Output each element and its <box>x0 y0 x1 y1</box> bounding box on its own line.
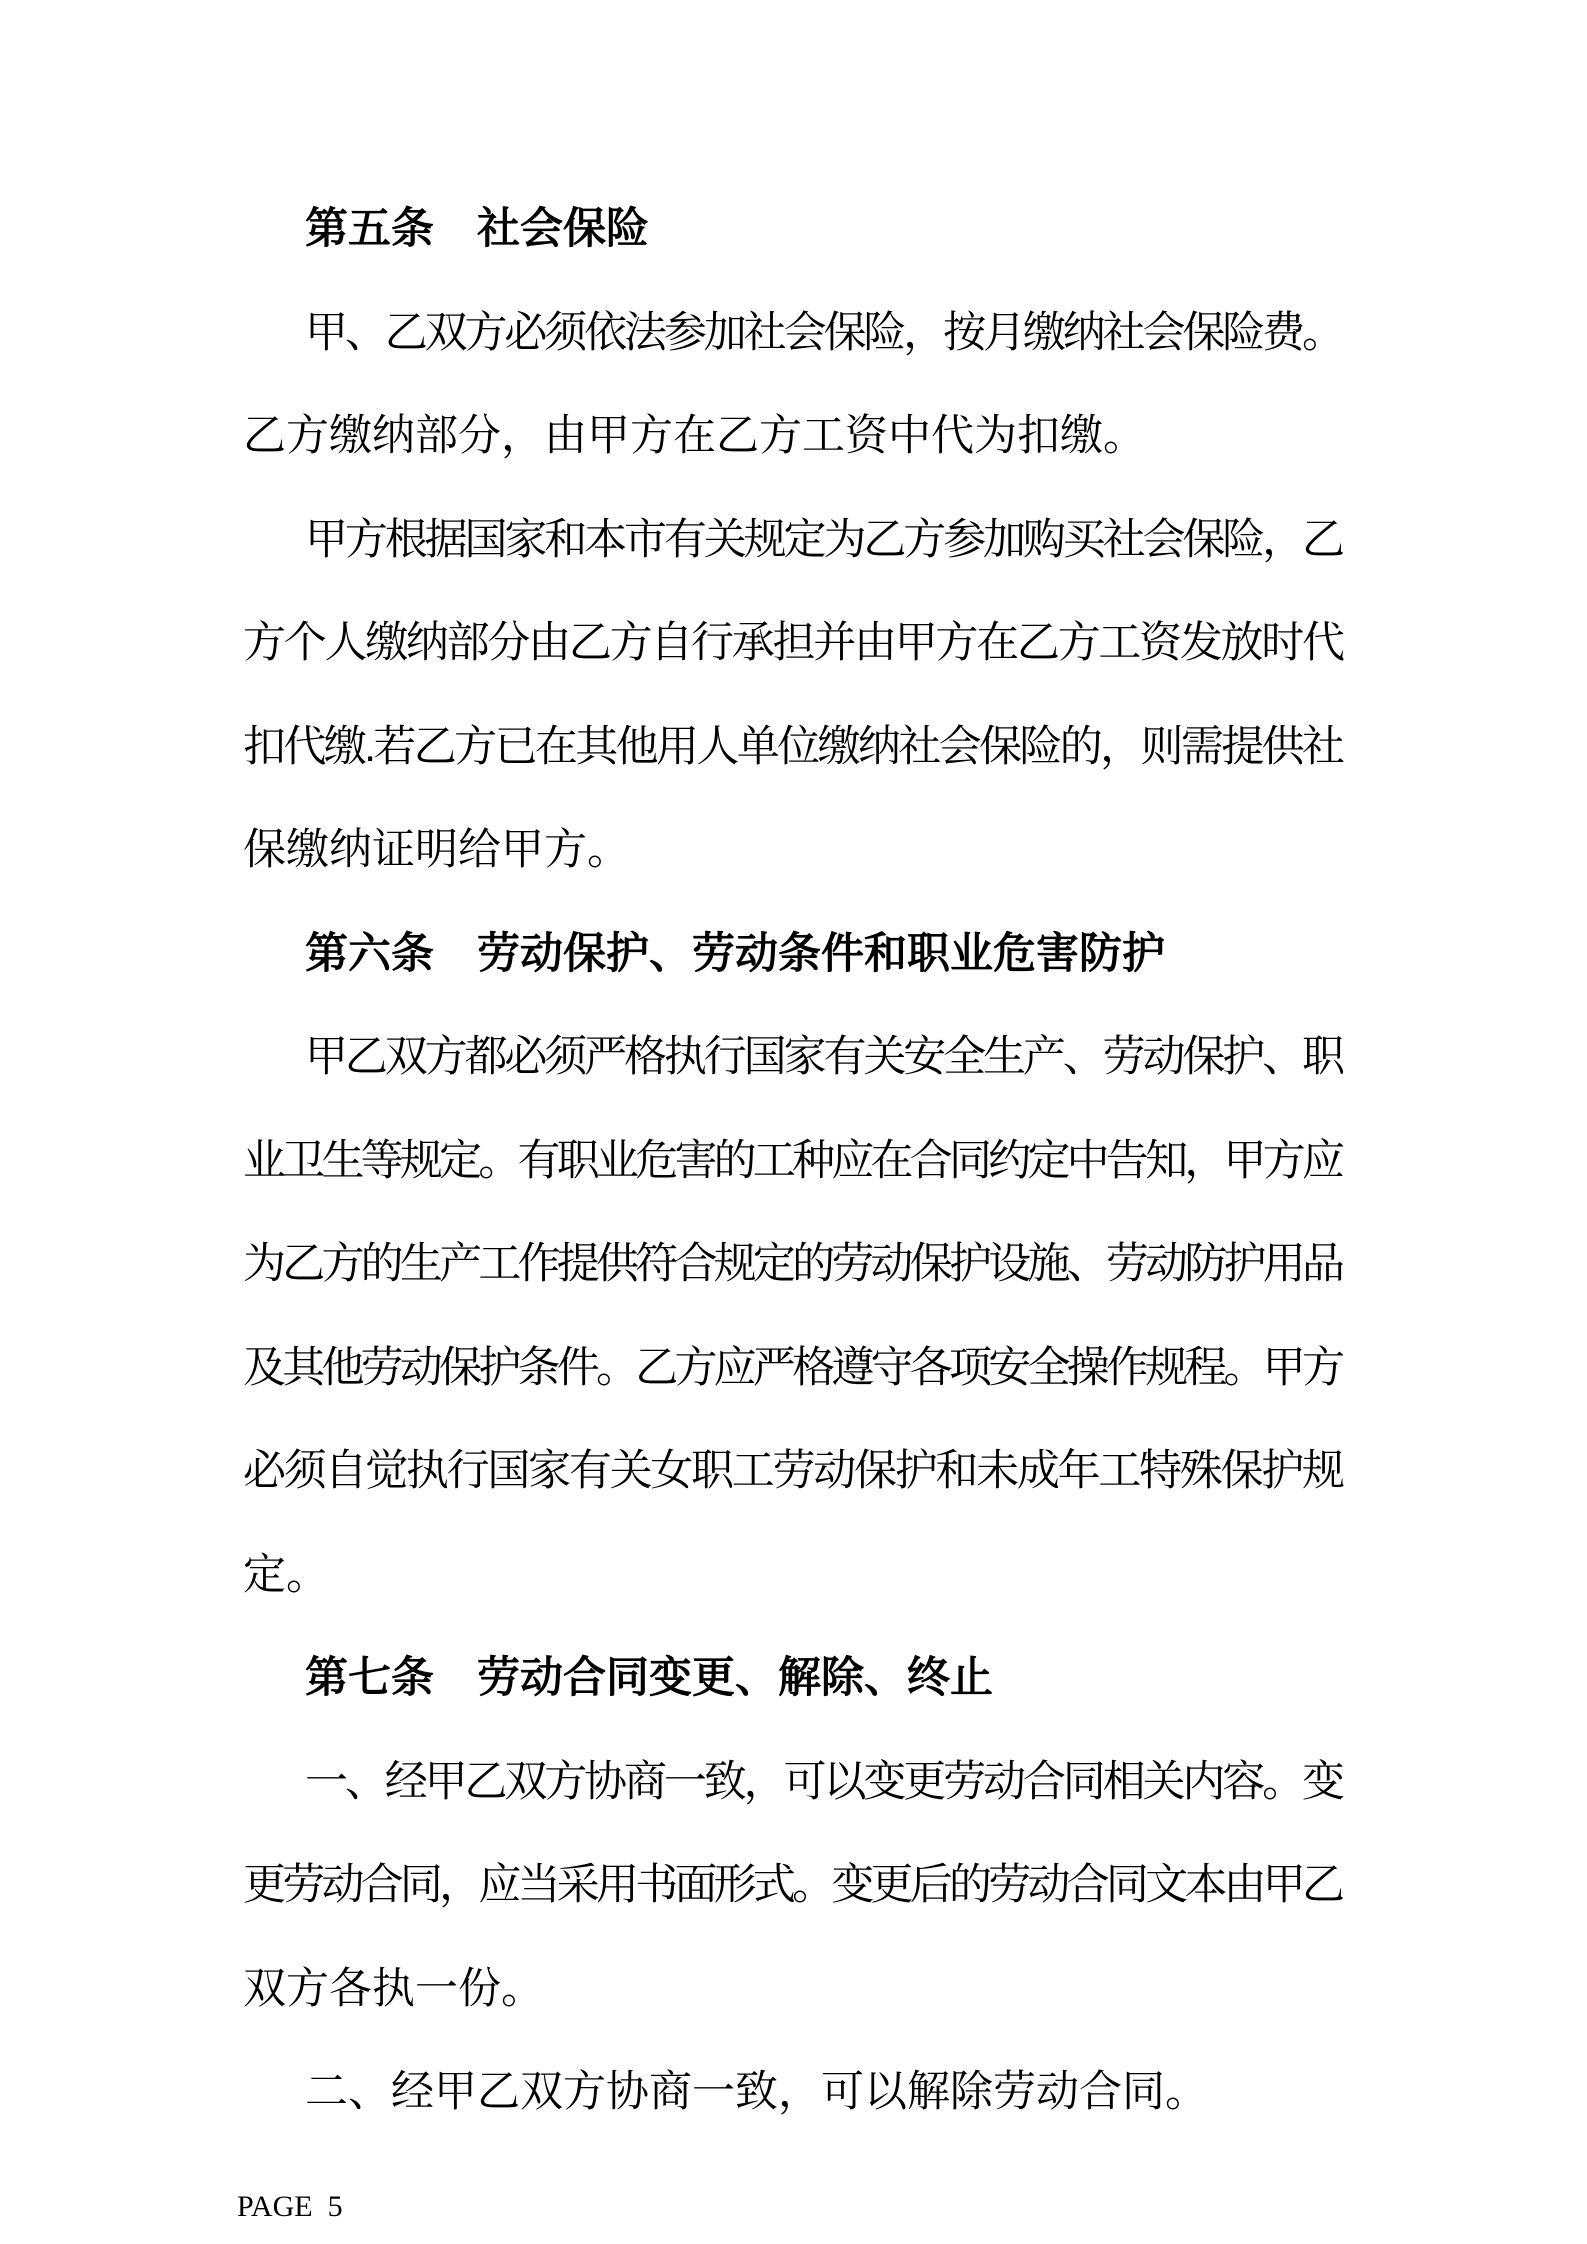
page-number: PAGE 5 <box>237 2190 343 2224</box>
text-line: 保缴纳证明给甲方。 <box>243 799 1345 903</box>
text-line: 甲方根据国家和本市有关规定为乙方参加购买社会保险，乙 <box>243 489 1345 593</box>
section-heading: 第六条 劳动保护、劳动条件和职业危害防护 <box>243 903 1345 1007</box>
document-body: 第五条 社会保险甲、乙双方必须依法参加社会保险，按月缴纳社会保险费。乙方缴纳部分… <box>243 178 1345 2145</box>
text-line: 乙方缴纳部分，由甲方在乙方工资中代为扣缴。 <box>243 385 1345 489</box>
text-line: 必须自觉执行国家有关女职工劳动保护和未成年工特殊保护规 <box>243 1420 1345 1524</box>
text-line: 业卫生等规定。有职业危害的工种应在合同约定中告知，甲方应 <box>243 1110 1345 1214</box>
text-line: 及其他劳动保护条件。乙方应严格遵守各项安全操作规程。甲方 <box>243 1317 1345 1421</box>
text-line: 一、经甲乙双方协商一致，可以变更劳动合同相关内容。变 <box>243 1731 1345 1835</box>
text-line: 双方各执一份。 <box>243 1938 1345 2042</box>
text-line: 扣代缴.若乙方已在其他用人单位缴纳社会保险的，则需提供社 <box>243 696 1345 800</box>
document-page: 第五条 社会保险甲、乙双方必须依法参加社会保险，按月缴纳社会保险费。乙方缴纳部分… <box>0 0 1587 2244</box>
text-line: 方个人缴纳部分由乙方自行承担并由甲方在乙方工资发放时代 <box>243 592 1345 696</box>
section-heading: 第七条 劳动合同变更、解除、终止 <box>243 1627 1345 1731</box>
text-line: 甲乙双方都必须严格执行国家有关安全生产、劳动保护、职 <box>243 1006 1345 1110</box>
text-line: 为乙方的生产工作提供符合规定的劳动保护设施、劳动防护用品 <box>243 1213 1345 1317</box>
text-line: 二、经甲乙双方协商一致，可以解除劳动合同。 <box>243 2041 1345 2145</box>
text-line: 更劳动合同，应当采用书面形式。变更后的劳动合同文本由甲乙 <box>243 1834 1345 1938</box>
text-line: 定。 <box>243 1524 1345 1628</box>
text-line: 甲、乙双方必须依法参加社会保险，按月缴纳社会保险费。 <box>243 282 1345 386</box>
section-heading: 第五条 社会保险 <box>243 178 1345 282</box>
